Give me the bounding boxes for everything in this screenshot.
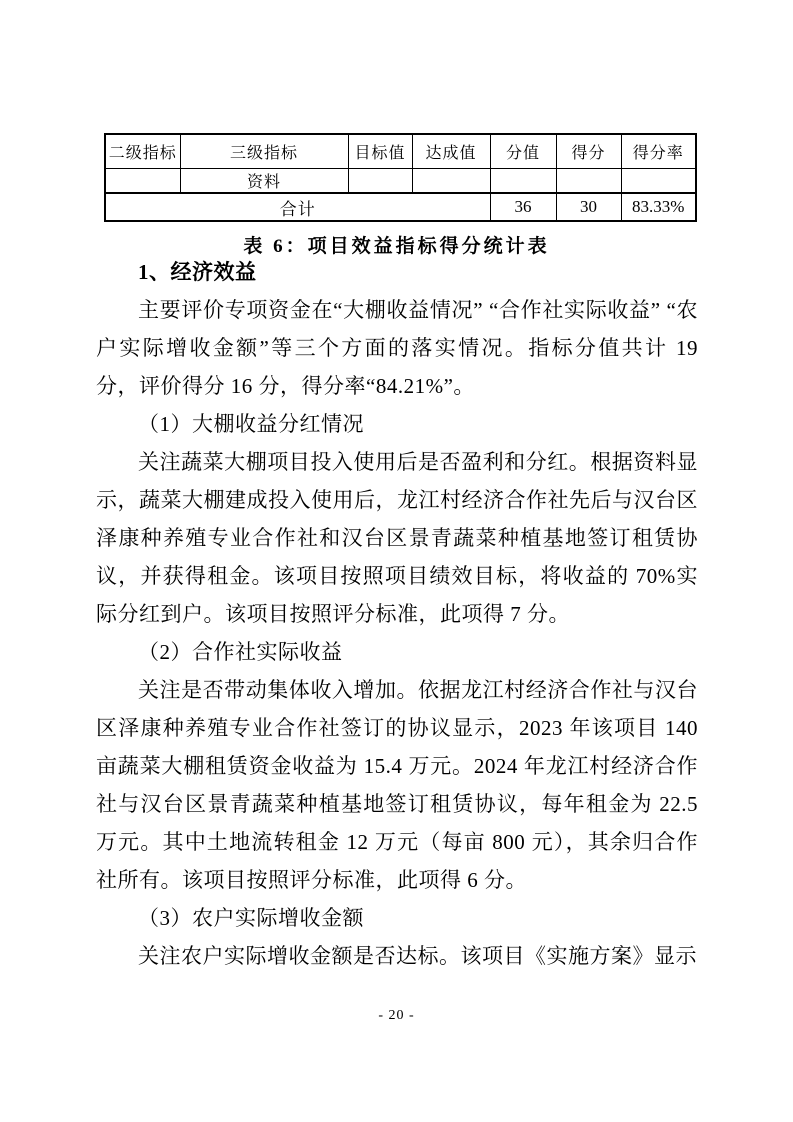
total-score: 30 (556, 193, 621, 221)
heading-greenhouse-dividend: （1）大棚收益分红情况 (96, 405, 698, 443)
header-score: 得分 (556, 134, 621, 168)
paragraph-cooperative-income: 关注是否带动集体收入增加。依据龙江村经济合作社与汉台区泽康种养殖专业合作社签订的… (96, 671, 698, 899)
heading-farmer-income: （3）农户实际增收金额 (96, 899, 698, 937)
total-points: 36 (490, 193, 556, 221)
table-header-row: 二级指标 三级指标 目标值 达成值 分值 得分 得分率 (105, 134, 696, 168)
paragraph-greenhouse-dividend: 关注蔬菜大棚项目投入使用后是否盈利和分红。根据资料显示，蔬菜大棚建成投入使用后，… (96, 443, 698, 633)
header-indicator-l3: 三级指标 (180, 134, 348, 168)
cell-points (490, 168, 556, 193)
cell-target (348, 168, 412, 193)
header-target-value: 目标值 (348, 134, 412, 168)
table-row-ziliao: 资料 (105, 168, 696, 193)
header-achieved-value: 达成值 (412, 134, 490, 168)
heading-cooperative-income: （2）合作社实际收益 (96, 633, 698, 671)
cell-indicator-l2 (105, 168, 180, 193)
cell-indicator-l3: 资料 (180, 168, 348, 193)
total-label: 合计 (105, 193, 490, 221)
heading-economic-benefit: 1、经济效益 (96, 253, 698, 291)
table-total-row: 合计 36 30 83.33% (105, 193, 696, 221)
cell-achieved (412, 168, 490, 193)
paragraph-farmer-income: 关注农户实际增收金额是否达标。该项目《实施方案》显示 (96, 937, 698, 975)
header-indicator-l2: 二级指标 (105, 134, 180, 168)
header-score-rate: 得分率 (621, 134, 696, 168)
document-body: 1、经济效益 主要评价专项资金在“大棚收益情况” “合作社实际收益” “农户实际… (96, 253, 698, 975)
document-page: 二级指标 三级指标 目标值 达成值 分值 得分 得分率 资料 合计 36 30 … (0, 0, 793, 1122)
header-points: 分值 (490, 134, 556, 168)
total-rate: 83.33% (621, 193, 696, 221)
page-number: - 20 - (0, 1008, 793, 1024)
cell-score (556, 168, 621, 193)
cell-rate (621, 168, 696, 193)
score-statistics-table: 二级指标 三级指标 目标值 达成值 分值 得分 得分率 资料 合计 36 30 … (104, 133, 697, 222)
paragraph-overview: 主要评价专项资金在“大棚收益情况” “合作社实际收益” “农户实际增收金额”等三… (96, 291, 698, 405)
